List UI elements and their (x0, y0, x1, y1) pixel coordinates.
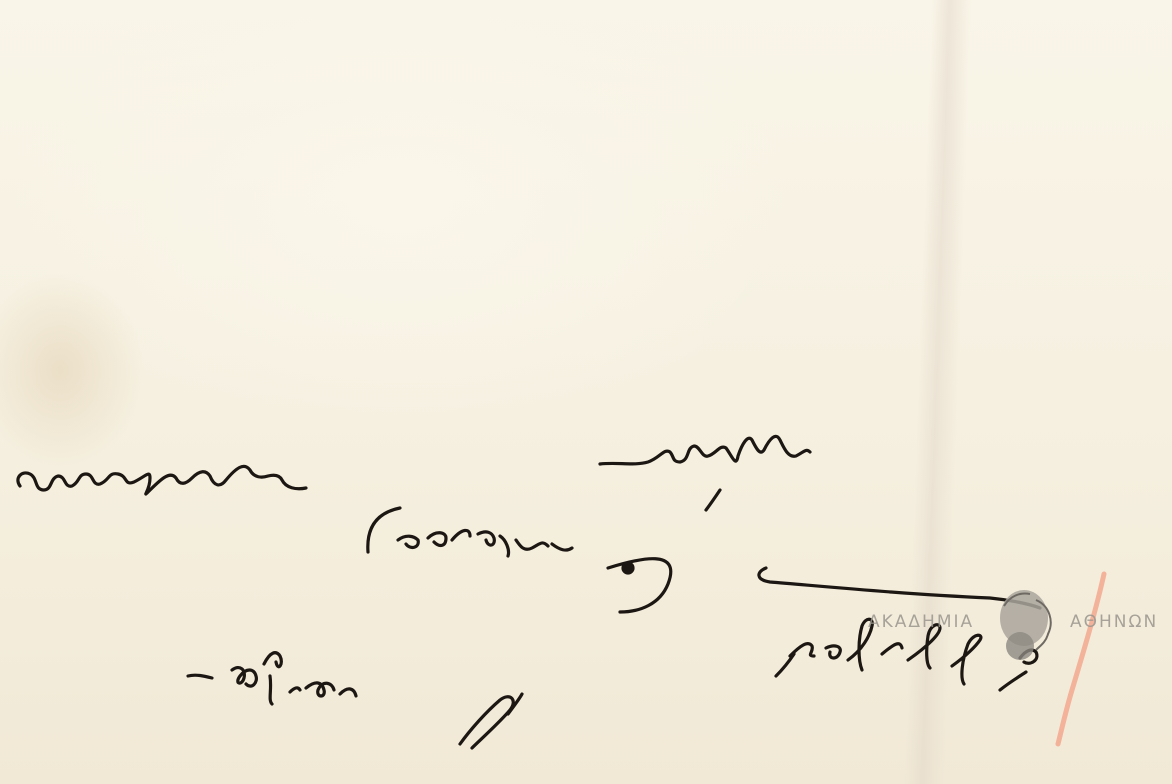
watermark-left-text: ΑΚΑΔΗΜΙΑ (868, 612, 974, 632)
handwriting-strokes (0, 0, 1172, 784)
athena-head-emblem-icon (996, 586, 1056, 664)
watermark-right-text: ΑΘΗΝΩΝ (1070, 612, 1158, 632)
handwriting-word-left (18, 466, 306, 494)
pencil-mark (1058, 574, 1104, 744)
handwriting-word-upper (600, 436, 810, 464)
manuscript-page: ΑΚΑΔΗΜΙΑ ΑΘΗΝΩΝ (0, 0, 1172, 784)
handwriting-word-bottom (188, 653, 522, 748)
handwriting-word-parenthetical (368, 508, 400, 552)
